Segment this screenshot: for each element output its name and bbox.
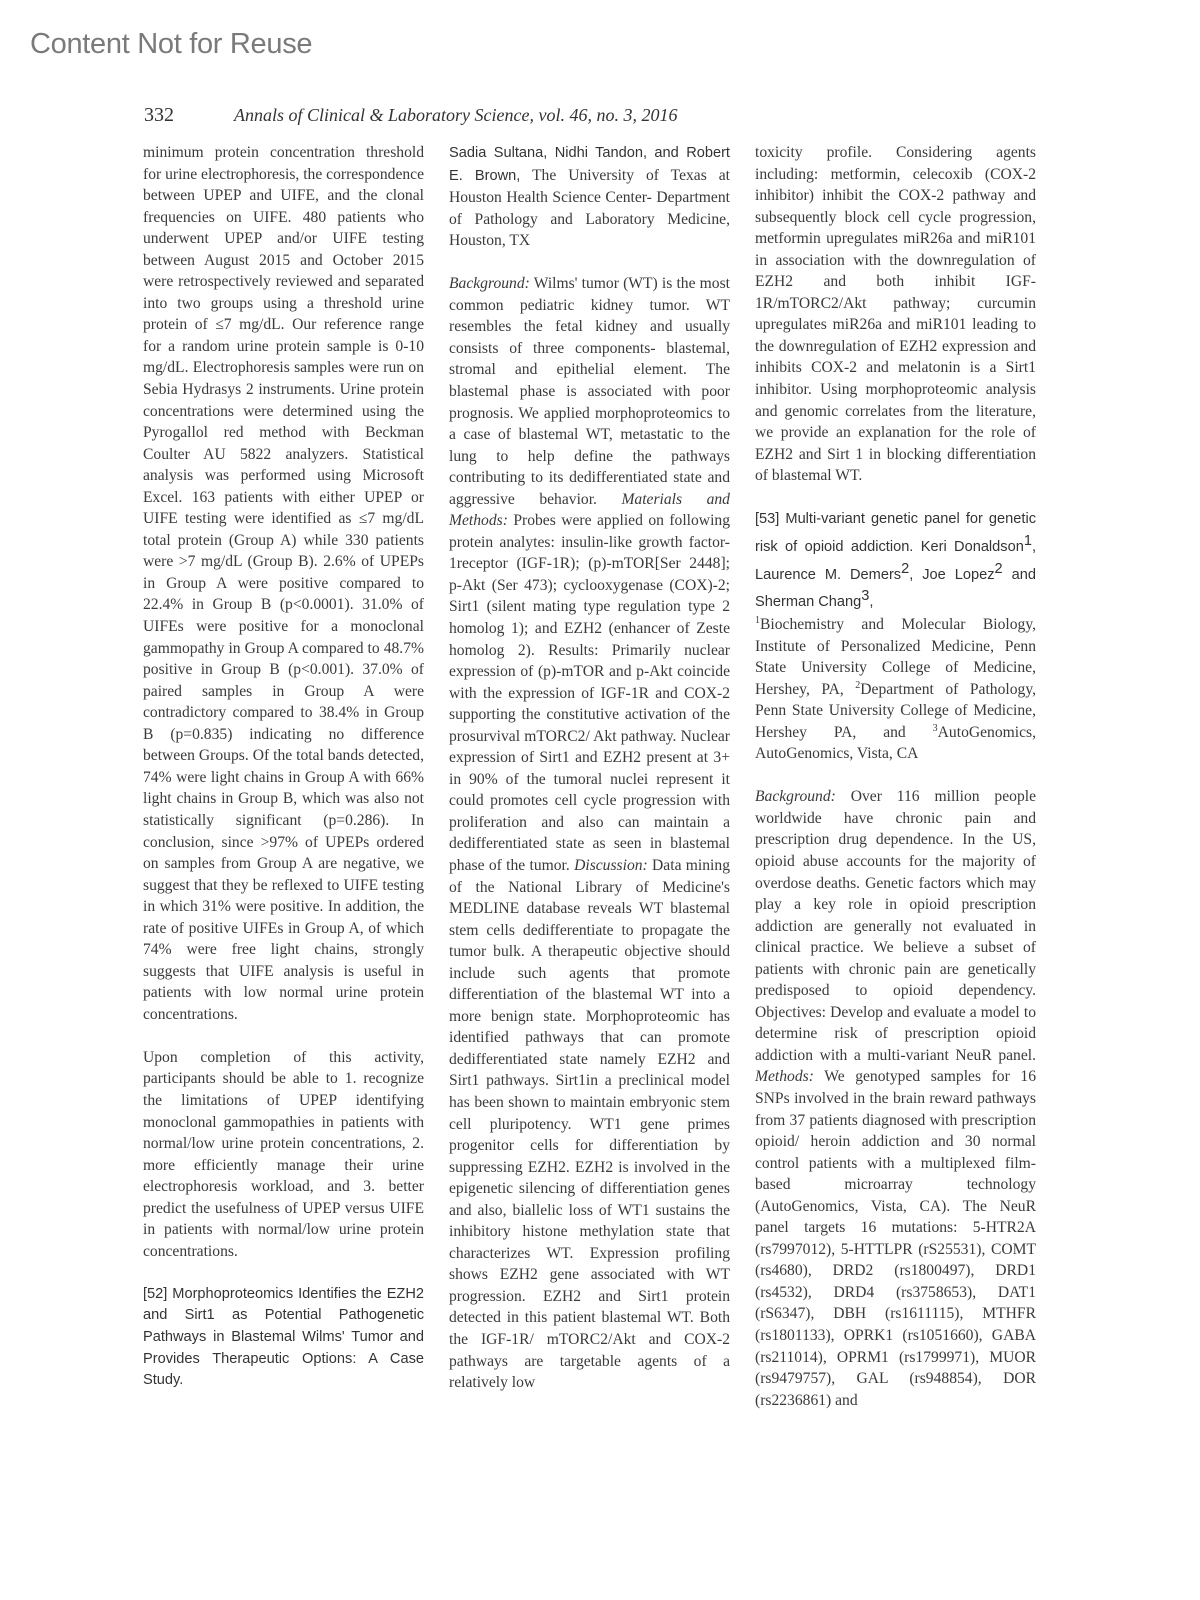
- author-1-sup: 1: [1024, 533, 1032, 549]
- page-number: 332: [144, 104, 230, 127]
- background-label: Background:: [449, 275, 530, 292]
- column-3: toxicity profile. Considering agents inc…: [755, 142, 1036, 1411]
- methods-label: Methods:: [755, 1068, 814, 1085]
- learning-objectives: Upon completion of this activity, partic…: [143, 1047, 424, 1262]
- running-header: 332 Annals of Clinical & Laboratory Scie…: [144, 104, 744, 127]
- watermark: Content Not for Reuse: [30, 28, 312, 61]
- background-text: Over 116 million people worldwide have c…: [755, 788, 1036, 1064]
- abstract-52-byline: Sadia Sultana, Nidhi Tandon, and Robert …: [449, 142, 730, 252]
- journal-title: Annals of Clinical & Laboratory Science,…: [234, 105, 677, 125]
- methods-text: Probes were applied on following protein…: [449, 512, 730, 874]
- author-list-end: ,: [869, 594, 873, 610]
- author-1: Keri Donaldson: [913, 539, 1023, 555]
- column-1: minimum protein concentration threshold …: [143, 142, 424, 1392]
- abstract-51-body-continued: minimum protein concentration threshold …: [143, 142, 424, 1025]
- abstract-52-title: [52] Morphoproteomics Identifies the EZH…: [143, 1284, 424, 1392]
- abstract-53-body: Background: Over 116 million people worl…: [755, 786, 1036, 1411]
- discussion-label: Discussion:: [574, 857, 648, 874]
- author-3: , Joe Lopez: [909, 567, 994, 583]
- methods-text: We genotyped samples for 16 SNPs involve…: [755, 1068, 1036, 1408]
- background-text: Wilms' tumor (WT) is the most common ped…: [449, 275, 730, 507]
- discussion-text: Data mining of the National Library of M…: [449, 857, 730, 1391]
- abstract-52-body: Background: Wilms' tumor (WT) is the mos…: [449, 273, 730, 1393]
- column-2: Sadia Sultana, Nidhi Tandon, and Robert …: [449, 142, 730, 1394]
- author-3-sup: 2: [995, 561, 1003, 577]
- background-label: Background:: [755, 788, 836, 805]
- abstract-53-heading: [53] Multi-variant genetic panel for gen…: [755, 508, 1036, 765]
- abstract-52-body-continued: toxicity profile. Considering agents inc…: [755, 142, 1036, 487]
